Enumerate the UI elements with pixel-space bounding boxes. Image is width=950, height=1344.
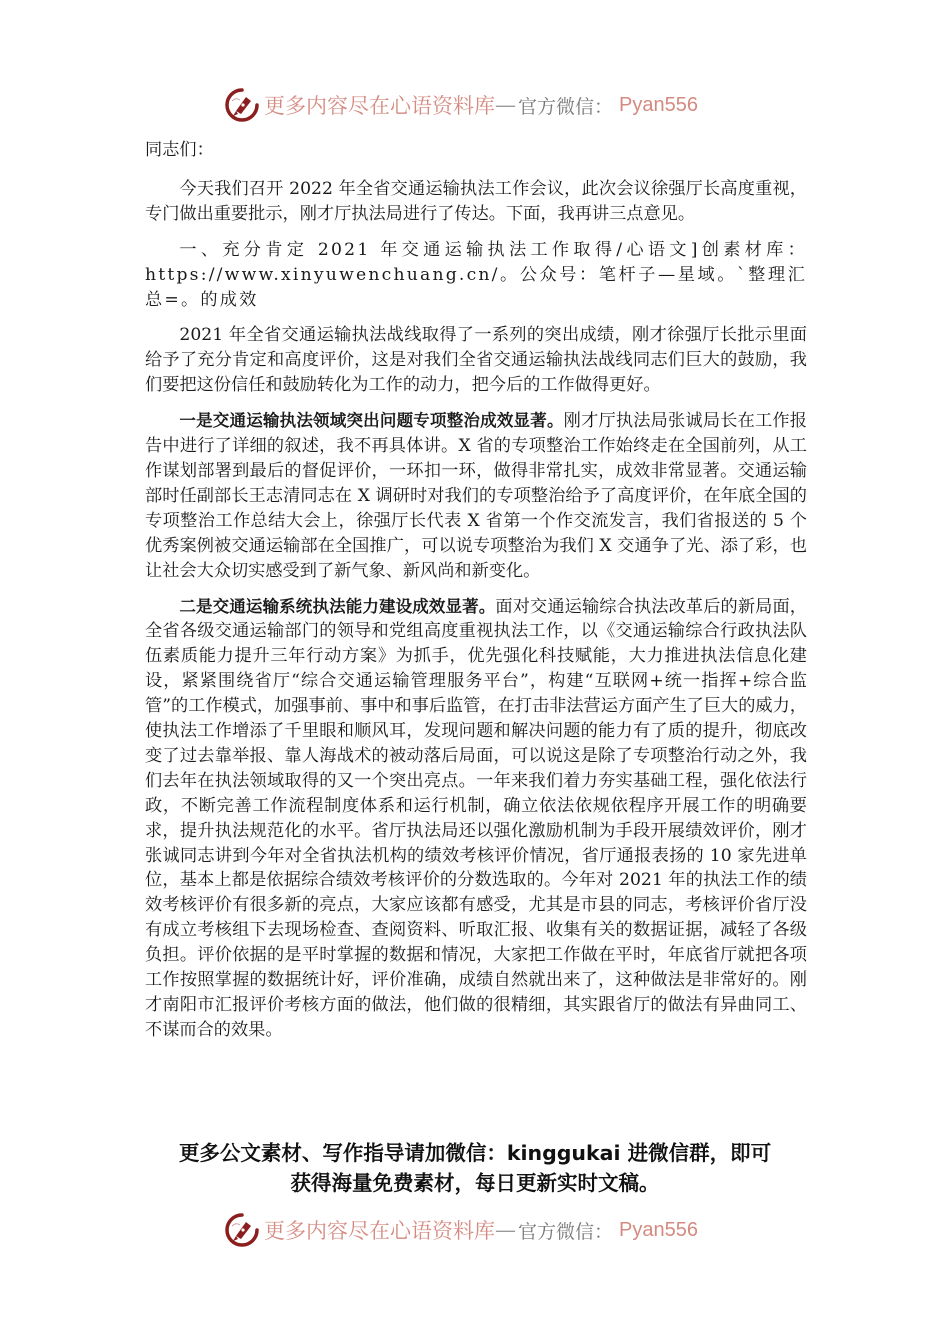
point-1-title: 一是交通运输执法领域突出问题专项整治成效显著。 [179,411,563,430]
pen-nib-circle-icon [224,1212,260,1248]
promo-notice: 更多公文素材、写作指导请加微信：kinggukai 进微信群，即可 获得海量免费… [140,1138,810,1198]
banner-main-text: 更多内容尽在心语资料库 [264,1215,495,1245]
point-2-body: 面对交通运输综合执法改革后的新局面，全省各级交通运输部门的领导和党组高度重视执法… [145,597,807,1040]
point-1-body: 刚才厅执法局张诚局长在工作报告中进行了详细的叙述，我不再具体讲。X 省的专项整治… [145,411,807,580]
section-heading-1: 一、充分肯定 2021 年交通运输执法工作取得/心语文]创素材库：https:/… [145,238,807,313]
point-1-paragraph: 一是交通运输执法领域突出问题专项整治成效显著。刚才厅执法局张诚局长在工作报告中进… [145,409,807,583]
banner-wechat-label: 官方微信： [518,92,613,119]
banner-wechat-id: Pyan556 [619,94,698,117]
banner-wechat-label: 官方微信： [518,1217,613,1244]
footer-watermark-banner: 更多内容尽在心语资料库 — 官方微信： Pyan556 [224,1210,724,1250]
paragraph-1: 2021 年全省交通运输执法战线取得了一系列的突出成绩，刚才徐强厅长批示里面给予… [145,323,807,398]
point-2-paragraph: 二是交通运输系统执法能力建设成效显著。面对交通运输综合执法改革后的新局面，全省各… [145,595,807,1043]
banner-dash: — [495,93,516,117]
point-2-title: 二是交通运输系统执法能力建设成效显著。 [179,597,495,616]
document-body: 同志们： 今天我们召开 2022 年全省交通运输执法工作会议，此次会议徐强厅长高… [145,138,807,1054]
pen-nib-circle-icon [224,87,260,123]
greeting: 同志们： [145,138,807,163]
header-watermark-banner: 更多内容尽在心语资料库 — 官方微信： Pyan556 [224,85,724,125]
promo-line-1: 更多公文素材、写作指导请加微信：kinggukai 进微信群，即可 [140,1138,810,1168]
banner-dash: — [495,1218,516,1242]
promo-line-2: 获得海量免费素材，每日更新实时文稿。 [140,1168,810,1198]
intro-paragraph: 今天我们召开 2022 年全省交通运输执法工作会议，此次会议徐强厅长高度重视，专… [145,177,807,227]
banner-wechat-id: Pyan556 [619,1219,698,1242]
banner-main-text: 更多内容尽在心语资料库 [264,90,495,120]
